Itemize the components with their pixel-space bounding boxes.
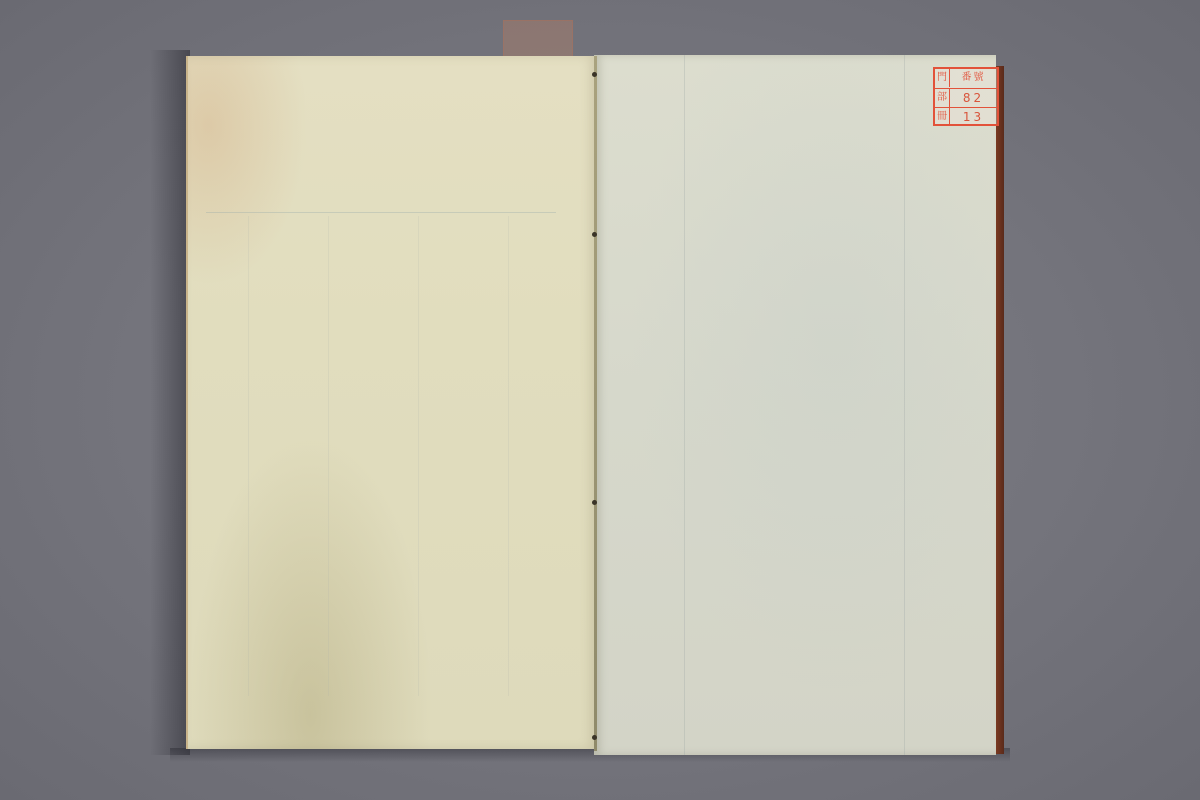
book-gutter <box>594 56 597 751</box>
stamp-label: 門 <box>935 69 950 87</box>
stamp-label: 部 <box>935 89 950 107</box>
book-shadow-left <box>150 50 190 755</box>
faint-column-line <box>418 216 419 696</box>
left-page <box>186 56 596 749</box>
library-call-number-stamp: 門 番號 部 82 冊 13 <box>933 67 999 126</box>
faint-column-line <box>508 216 509 696</box>
stamp-value: 13 <box>950 111 997 123</box>
right-page <box>594 55 996 755</box>
book-cover-edge <box>996 66 1004 754</box>
stamp-header: 番號 <box>950 73 997 83</box>
faint-column-line <box>248 216 249 696</box>
stamp-label: 冊 <box>935 108 950 126</box>
faint-column-line <box>328 216 329 696</box>
binding-stitch <box>592 232 597 237</box>
binding-stitch <box>592 500 597 505</box>
binding-stitch <box>592 72 597 77</box>
faint-ruled-line <box>206 212 556 213</box>
paper-crease <box>684 55 685 755</box>
stamp-value: 82 <box>950 92 997 104</box>
binding-stitch <box>592 735 597 740</box>
paper-crease <box>904 55 905 755</box>
